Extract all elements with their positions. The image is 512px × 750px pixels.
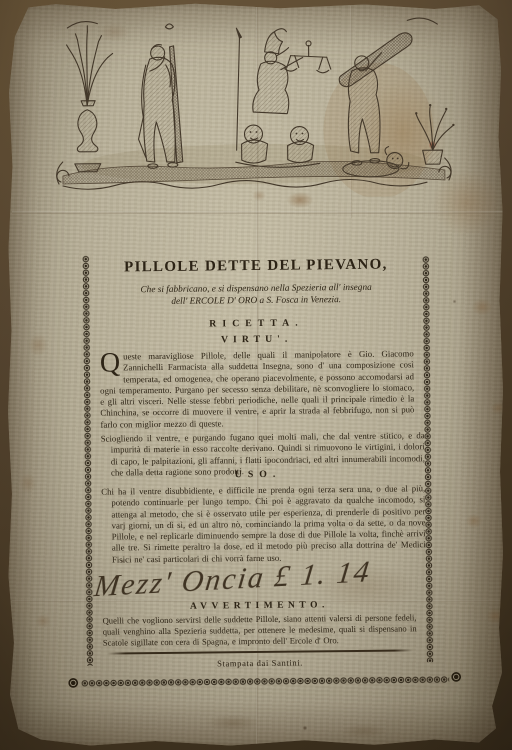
ornament-corner-right-icon — [450, 671, 462, 683]
ornament-border-bottom-icon — [81, 674, 449, 689]
vase-with-reeds-icon — [66, 25, 114, 171]
ornament-corner-left-icon — [67, 677, 79, 689]
section-heading-virtu: VIRTU'. — [100, 332, 414, 346]
section-heading-ricetta: RICETTA. — [99, 316, 413, 330]
virtu-paragraph-1: Queste maravigliose Pillole, delle quali… — [100, 348, 415, 430]
section-heading-avvertimento: AVVERTIMENTO. — [102, 599, 416, 612]
drop-cap: Q — [100, 351, 123, 374]
virtu-paragraph-1-text: ueste maravigliose Pillole, delle quali … — [100, 348, 414, 429]
printed-block: PILLOLE DETTE DEL PIEVANO, Che si fabbri… — [0, 0, 512, 750]
section-heading-uso: USO. — [101, 467, 415, 481]
balance-scales-icon — [285, 41, 331, 73]
header-engraving — [46, 10, 460, 200]
imprint-divider-rule — [107, 649, 413, 654]
antique-broadside-photo: PILLOLE DETTE DEL PIEVANO, Che si fabbri… — [0, 0, 512, 750]
document-title: PILLOLE DETTE DEL PIEVANO, — [99, 256, 413, 276]
avvertimento-paragraph: Quelli che vogliono servirsi delle sudde… — [103, 612, 417, 648]
allegorical-engraving-icon — [46, 10, 460, 200]
document-subtitle: Che si fabbricano, e si dispensano nella… — [99, 282, 413, 308]
printer-imprint: Stampata dai Santini. — [103, 656, 417, 669]
ornament-border-left-icon — [81, 256, 95, 666]
uso-paragraph: Chi ha il ventre disubbidiente, e diffic… — [101, 483, 426, 565]
